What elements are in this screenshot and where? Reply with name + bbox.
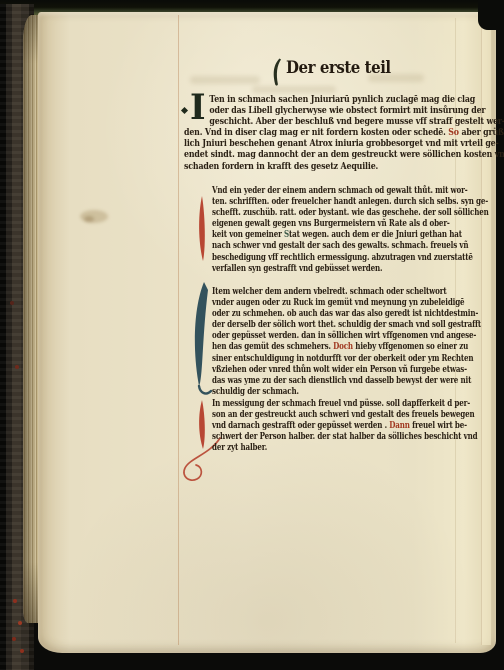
text-line: In messigung der schmach freuel vnd püss…	[212, 398, 477, 409]
paragraph-3: Item welcher dem andern vbelredt. schmac…	[212, 286, 504, 397]
paragraph-leaf-icon	[270, 58, 282, 86]
text-line: Item welcher dem andern vbelredt. schmac…	[212, 286, 481, 297]
rubric-red-crescent-icon	[197, 196, 209, 262]
line-segment: vnd darnach gestrafft oder gepüsset werd…	[212, 420, 389, 431]
rubricated-word: Dann	[389, 420, 410, 431]
book-photo-scene: Der erste teil I Ten in schmach sachen J…	[0, 0, 504, 670]
text-line: son an der gestreuckt auch schweri vnd g…	[212, 409, 477, 420]
show-through-smudge	[190, 76, 260, 84]
text-line: schwert der Person halber. der stat halb…	[212, 431, 477, 442]
page-title: Der erste teil	[286, 57, 391, 79]
section-heading: Der erste teil	[270, 57, 405, 86]
text-line: keit von gemeiner Stat wegen. auch dem e…	[212, 229, 489, 240]
text-line: der zyt halber.	[212, 442, 477, 453]
paragraph-1: I Ten in schmach sachen Jniuriarū pynlic…	[184, 94, 446, 172]
text-line: ten. schrifften. oder freuelcher handt a…	[212, 196, 489, 207]
rubricated-word: So	[448, 127, 459, 138]
text-line: Ten in schmach sachen Jniuriarū pynlich …	[184, 94, 399, 105]
ruled-frame-line	[178, 15, 179, 645]
line-segment: hen das gemüt des schmehers.	[212, 341, 333, 352]
line-segment: tat wegen. auch dem er die Jniuri gethan…	[289, 229, 462, 240]
paragraph-2: Vnd ein yeder der einem andern schmach o…	[212, 185, 504, 274]
text-line: beschedigung vff rechtlich ermessigung. …	[212, 252, 489, 263]
line-segment: freuel wirt be-	[410, 420, 467, 431]
text-line: geschicht. Aber der beschluß vnd begere …	[184, 116, 399, 127]
text-line: nach schwer vnd gestalt der sach des gew…	[212, 240, 489, 251]
text-line: hen das gemüt des schmehers. Doch hieby …	[212, 341, 481, 352]
text-line: lich Jniuri beschehen genant Atrox iniur…	[184, 138, 399, 149]
line-segment: aber grüß-	[459, 127, 504, 138]
paragraph-4: In messigung der schmach freuel vnd püss…	[212, 398, 504, 453]
text-line: oder zu schmehen. ob auch das war das al…	[212, 308, 481, 319]
rubricated-word: Doch	[333, 341, 353, 352]
text-line: den. Vnd in diser clag mag er nit forder…	[184, 127, 399, 138]
book-page: Der erste teil I Ten in schmach sachen J…	[38, 12, 496, 653]
text-line: oder gepüsset werden. dan in söllichen w…	[212, 330, 481, 341]
text-line: der derselb der sölich wort thet. schuld…	[212, 319, 481, 330]
text-line: siner entschuldigung in notdurfft vor de…	[212, 353, 481, 364]
text-line: vnd darnach gestrafft oder gepüsset werd…	[212, 420, 477, 431]
show-through-smudge	[252, 86, 336, 93]
rubric-blue-crescent-icon	[190, 280, 214, 400]
text-line: Vnd ein yeder der einem andern schmach o…	[212, 185, 489, 196]
background-shadow	[478, 0, 504, 30]
text-line: endet sindt. mag dannocht der an dem ges…	[184, 149, 399, 160]
binding-red-specks	[0, 0, 2, 2]
text-line: vnder augen oder zu Ruck im gemüt vnd me…	[212, 297, 481, 308]
paper-stain	[84, 216, 94, 222]
line-segment: keit von gemeiner	[212, 229, 284, 240]
line-segment: den. Vnd in diser clag mag er nit forder…	[184, 127, 448, 138]
text-line: schuldig der schmach.	[212, 386, 481, 397]
text-line: das was yme zu der sach dienstlich vnd d…	[212, 375, 481, 386]
text-line: verfallen syn gestrafft vnd gebüsset wer…	[212, 263, 489, 274]
text-line: schefft. zuschüb. ratt. oder bystant. wi…	[212, 207, 489, 218]
line-segment: hieby vffgenomen so einer zu	[353, 341, 468, 352]
text-line: schaden fordern in krafft des gesetz Aeq…	[184, 161, 399, 172]
text-line: oder das Libell glycherwyse wie obstect …	[184, 105, 399, 116]
text-line: vßziehen oder vnred thůn wolt wider ein …	[212, 364, 481, 375]
text-line: eigenen gewalt gegen vns Burgermeistern …	[212, 218, 489, 229]
